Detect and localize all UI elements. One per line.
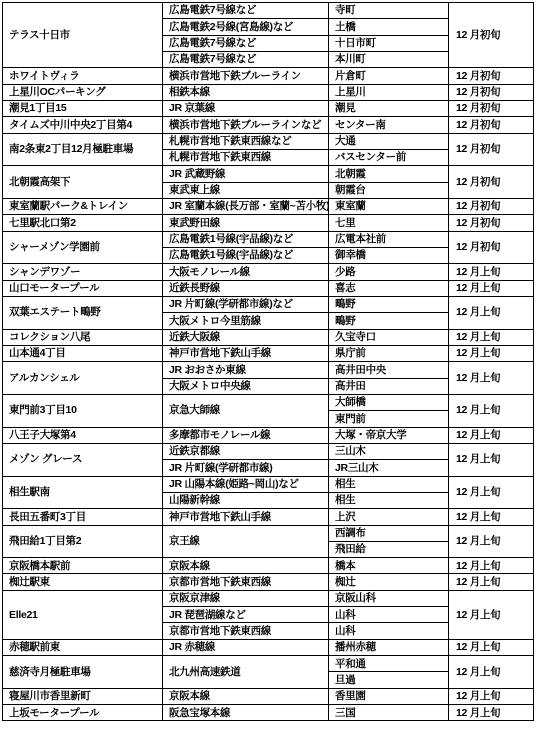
facility-cell: タイムズ中川中央2丁目第4 [3, 117, 163, 133]
line-cell: JR 室蘭本線(長万部・室蘭~苫小牧) [163, 198, 329, 214]
table-row: 長田五番町3丁目神戸市営地下鉄山手線上沢12 月上旬 [3, 509, 534, 525]
table-row: 東門前3丁目10京急大師線大師橋12 月上旬 [3, 394, 534, 410]
station-cell: 旦過 [329, 672, 449, 688]
line-cell: 大阪メトロ今里筋線 [163, 313, 329, 329]
facility-cell: ホワイトヴィラ [3, 68, 163, 84]
line-cell: 相鉄本線 [163, 84, 329, 100]
line-cell: 広島電鉄7号線など [163, 35, 329, 51]
station-cell: 久宝寺口 [329, 329, 449, 345]
line-cell: 神戸市営地下鉄山手線 [163, 345, 329, 361]
line-cell: JR 赤穂線 [163, 639, 329, 655]
line-cell: 大阪モノレール線 [163, 264, 329, 280]
table-row: Elle21京阪京津線京阪山科12 月上旬 [3, 590, 534, 606]
date-cell: 12 月上旬 [449, 509, 534, 525]
station-cell: 三国 [329, 705, 449, 721]
date-cell: 12 月初旬 [449, 166, 534, 199]
date-cell: 12 月上旬 [449, 590, 534, 639]
date-cell: 12 月上旬 [449, 525, 534, 558]
table-row: テラス十日市広島電鉄7号線など寺町12 月初旬 [3, 3, 534, 19]
date-cell: 12 月初旬 [449, 231, 534, 264]
facility-cell: シャンデワゾー [3, 264, 163, 280]
line-cell: 大阪メトロ中央線 [163, 378, 329, 394]
line-cell: 京阪本線 [163, 558, 329, 574]
line-cell: 山陽新幹線 [163, 492, 329, 508]
station-cell: センター南 [329, 117, 449, 133]
facility-cell: 南2条東2丁目12月極駐車場 [3, 133, 163, 166]
date-cell: 12 月上旬 [449, 264, 534, 280]
date-cell: 12 月上旬 [449, 476, 534, 509]
date-cell: 12 月上旬 [449, 574, 534, 590]
station-cell: 寺町 [329, 3, 449, 19]
facility-cell: テラス十日市 [3, 3, 163, 68]
line-cell: JR 琵琶湖線など [163, 607, 329, 623]
station-cell: 西調布 [329, 525, 449, 541]
station-cell: 三山木 [329, 443, 449, 459]
line-cell: 神戸市営地下鉄山手線 [163, 509, 329, 525]
facility-cell: 北朝霞高架下 [3, 166, 163, 199]
table-row: 山本通4丁目神戸市営地下鉄山手線県庁前12 月上旬 [3, 345, 534, 361]
station-cell: 七里 [329, 215, 449, 231]
line-cell: 京阪京津線 [163, 590, 329, 606]
parking-table-body: テラス十日市広島電鉄7号線など寺町12 月初旬広島電鉄2号線(宮島線)など土橋広… [3, 3, 534, 721]
date-cell: 12 月初旬 [449, 133, 534, 166]
line-cell: 京急大師線 [163, 394, 329, 427]
table-row: 椥辻駅東京都市営地下鉄東西線椥辻12 月上旬 [3, 574, 534, 590]
facility-cell: 椥辻駅東 [3, 574, 163, 590]
date-cell: 12 月上旬 [449, 394, 534, 427]
station-cell: JR三山木 [329, 460, 449, 476]
facility-cell: 赤穂駅前東 [3, 639, 163, 655]
line-cell: 京阪本線 [163, 688, 329, 704]
line-cell: 京都市営地下鉄東西線 [163, 574, 329, 590]
line-cell: 京王線 [163, 525, 329, 558]
table-row: タイムズ中川中央2丁目第4横浜市営地下鉄ブルーラインなどセンター南12 月初旬 [3, 117, 534, 133]
table-row: シャーメゾン学園前広島電鉄1号線(宇品線)など広電本社前12 月初旬 [3, 231, 534, 247]
line-cell: 札幌市営地下鉄東西線 [163, 149, 329, 165]
table-row: 寝屋川市香里新町京阪本線香里園12 月上旬 [3, 688, 534, 704]
table-row: 南2条東2丁目12月極駐車場札幌市営地下鉄東西線など大通12 月初旬 [3, 133, 534, 149]
page: テラス十日市広島電鉄7号線など寺町12 月初旬広島電鉄2号線(宮島線)など土橋広… [0, 0, 536, 735]
station-cell: 片倉町 [329, 68, 449, 84]
facility-cell: 東室蘭駅パーク&トレイン [3, 198, 163, 214]
table-row: 双葉エステート鴫野JR 片町線(学研都市線)など鴫野12 月上旬 [3, 296, 534, 312]
facility-cell: コレクション八尾 [3, 329, 163, 345]
facility-cell: シャーメゾン学園前 [3, 231, 163, 264]
station-cell: 北朝霞 [329, 166, 449, 182]
date-cell: 12 月上旬 [449, 427, 534, 443]
date-cell: 12 月初旬 [449, 198, 534, 214]
station-cell: 本川町 [329, 51, 449, 67]
table-row: 七里駅北口第2東武野田線七里12 月初旬 [3, 215, 534, 231]
date-cell: 12 月上旬 [449, 705, 534, 721]
station-cell: 御幸橋 [329, 247, 449, 263]
date-cell: 12 月初旬 [449, 3, 534, 68]
facility-cell: Elle21 [3, 590, 163, 639]
facility-cell: 上星川OCパーキング [3, 84, 163, 100]
date-cell: 12 月上旬 [449, 296, 534, 329]
facility-cell: 長田五番町3丁目 [3, 509, 163, 525]
line-cell: 近鉄大阪線 [163, 329, 329, 345]
facility-cell: 飛田給1丁目第2 [3, 525, 163, 558]
station-cell: 香里園 [329, 688, 449, 704]
facility-cell: 八王子大塚第4 [3, 427, 163, 443]
station-cell: 高井田中央 [329, 362, 449, 378]
table-row: 相生駅南JR 山陽本線(姫路~岡山)など相生12 月上旬 [3, 476, 534, 492]
table-row: ホワイトヴィラ横浜市営地下鉄ブルーライン片倉町12 月初旬 [3, 68, 534, 84]
station-cell: 相生 [329, 492, 449, 508]
station-cell: 広電本社前 [329, 231, 449, 247]
line-cell: 京都市営地下鉄東西線 [163, 623, 329, 639]
line-cell: 札幌市営地下鉄東西線など [163, 133, 329, 149]
date-cell: 12 月上旬 [449, 345, 534, 361]
table-row: 北朝霞高架下JR 武蔵野線北朝霞12 月初旬 [3, 166, 534, 182]
table-row: 慈済寺月極駐車場北九州高速鉄道平和通12 月上旬 [3, 656, 534, 672]
date-cell: 12 月初旬 [449, 68, 534, 84]
parking-availability-table: テラス十日市広島電鉄7号線など寺町12 月初旬広島電鉄2号線(宮島線)など土橋広… [2, 2, 534, 721]
table-row: 上星川OCパーキング相鉄本線上星川12 月初旬 [3, 84, 534, 100]
line-cell: JR 片町線(学研都市線)など [163, 296, 329, 312]
table-row: コレクション八尾近鉄大阪線久宝寺口12 月上旬 [3, 329, 534, 345]
facility-cell: 寝屋川市香里新町 [3, 688, 163, 704]
line-cell: 横浜市営地下鉄ブルーライン [163, 68, 329, 84]
date-cell: 12 月上旬 [449, 329, 534, 345]
facility-cell: メゾン グレース [3, 443, 163, 476]
table-row: 赤穂駅前東JR 赤穂線播州赤穂12 月上旬 [3, 639, 534, 655]
station-cell: 相生 [329, 476, 449, 492]
station-cell: 潮見 [329, 100, 449, 116]
station-cell: 大塚・帝京大学 [329, 427, 449, 443]
table-row: 飛田給1丁目第2京王線西調布12 月上旬 [3, 525, 534, 541]
line-cell: JR 武蔵野線 [163, 166, 329, 182]
date-cell: 12 月上旬 [449, 688, 534, 704]
line-cell: 横浜市営地下鉄ブルーラインなど [163, 117, 329, 133]
line-cell: 多摩都市モノレール線 [163, 427, 329, 443]
station-cell: 山科 [329, 607, 449, 623]
station-cell: 椥辻 [329, 574, 449, 590]
facility-cell: 潮見1丁目15 [3, 100, 163, 116]
station-cell: 高井田 [329, 378, 449, 394]
date-cell: 12 月初旬 [449, 84, 534, 100]
line-cell: 近鉄長野線 [163, 280, 329, 296]
date-cell: 12 月上旬 [449, 639, 534, 655]
line-cell: JR 京葉線 [163, 100, 329, 116]
station-cell: 東室蘭 [329, 198, 449, 214]
station-cell: 大通 [329, 133, 449, 149]
station-cell: 十日市町 [329, 35, 449, 51]
station-cell: 鴫野 [329, 313, 449, 329]
facility-cell: 山本通4丁目 [3, 345, 163, 361]
date-cell: 12 月初旬 [449, 117, 534, 133]
table-row: シャンデワゾー大阪モノレール線少路12 月上旬 [3, 264, 534, 280]
station-cell: バスセンター前 [329, 149, 449, 165]
facility-cell: 山口モータープール [3, 280, 163, 296]
station-cell: 土橋 [329, 19, 449, 35]
date-cell: 12 月上旬 [449, 558, 534, 574]
facility-cell: 京阪橋本駅前 [3, 558, 163, 574]
table-row: メゾン グレース近鉄京都線三山木12 月上旬 [3, 443, 534, 459]
station-cell: 県庁前 [329, 345, 449, 361]
line-cell: 広島電鉄1号線(宇品線)など [163, 231, 329, 247]
line-cell: 阪急宝塚本線 [163, 705, 329, 721]
station-cell: 京阪山科 [329, 590, 449, 606]
date-cell: 12 月上旬 [449, 656, 534, 689]
table-row: 上坂モータープール阪急宝塚本線三国12 月上旬 [3, 705, 534, 721]
line-cell: 広島電鉄1号線(宇品線)など [163, 247, 329, 263]
facility-cell: 相生駅南 [3, 476, 163, 509]
facility-cell: 上坂モータープール [3, 705, 163, 721]
line-cell: 東武野田線 [163, 215, 329, 231]
station-cell: 大師橋 [329, 394, 449, 410]
date-cell: 12 月上旬 [449, 362, 534, 395]
station-cell: 東門前 [329, 411, 449, 427]
station-cell: 上沢 [329, 509, 449, 525]
station-cell: 鴫野 [329, 296, 449, 312]
line-cell: 近鉄京都線 [163, 443, 329, 459]
line-cell: JR おおさか東線 [163, 362, 329, 378]
line-cell: 広島電鉄7号線など [163, 51, 329, 67]
station-cell: 山科 [329, 623, 449, 639]
line-cell: 広島電鉄7号線など [163, 3, 329, 19]
table-row: 京阪橋本駅前京阪本線橋本12 月上旬 [3, 558, 534, 574]
station-cell: 上星川 [329, 84, 449, 100]
facility-cell: 慈済寺月極駐車場 [3, 656, 163, 689]
date-cell: 12 月上旬 [449, 280, 534, 296]
date-cell: 12 月初旬 [449, 215, 534, 231]
station-cell: 播州赤穂 [329, 639, 449, 655]
table-row: 山口モータープール近鉄長野線喜志12 月上旬 [3, 280, 534, 296]
line-cell: JR 山陽本線(姫路~岡山)など [163, 476, 329, 492]
line-cell: JR 片町線(学研都市線) [163, 460, 329, 476]
table-row: 潮見1丁目15JR 京葉線潮見12 月初旬 [3, 100, 534, 116]
line-cell: 東武東上線 [163, 182, 329, 198]
facility-cell: 東門前3丁目10 [3, 394, 163, 427]
station-cell: 朝霞台 [329, 182, 449, 198]
facility-cell: 双葉エステート鴫野 [3, 296, 163, 329]
table-row: アルカンシェルJR おおさか東線高井田中央12 月上旬 [3, 362, 534, 378]
table-row: 八王子大塚第4多摩都市モノレール線大塚・帝京大学12 月上旬 [3, 427, 534, 443]
facility-cell: アルカンシェル [3, 362, 163, 395]
station-cell: 喜志 [329, 280, 449, 296]
facility-cell: 七里駅北口第2 [3, 215, 163, 231]
line-cell: 広島電鉄2号線(宮島線)など [163, 19, 329, 35]
date-cell: 12 月上旬 [449, 443, 534, 476]
station-cell: 少路 [329, 264, 449, 280]
station-cell: 飛田給 [329, 541, 449, 557]
line-cell: 北九州高速鉄道 [163, 656, 329, 689]
date-cell: 12 月初旬 [449, 100, 534, 116]
station-cell: 平和通 [329, 656, 449, 672]
station-cell: 橋本 [329, 558, 449, 574]
table-row: 東室蘭駅パーク&トレインJR 室蘭本線(長万部・室蘭~苫小牧)東室蘭12 月初旬 [3, 198, 534, 214]
